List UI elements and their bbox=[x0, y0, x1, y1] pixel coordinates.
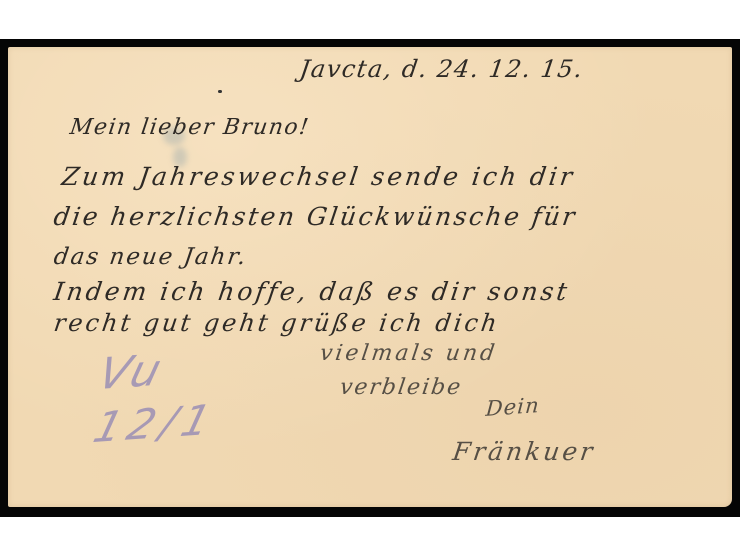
place-date-line: Javcta, d. 24. 12. 15. bbox=[298, 55, 585, 83]
body-line-1: Zum Jahreswechsel sende ich dir bbox=[60, 162, 577, 191]
salutation: Mein lieber Bruno! bbox=[68, 115, 311, 140]
closing-line-3: Dein bbox=[485, 393, 541, 421]
body-line-4: Indem ich hoffe, daß es dir sonst bbox=[52, 277, 572, 306]
body-line-2: die herzlichsten Glückwünsche für bbox=[52, 202, 579, 231]
body-line-3: das neue Jahr. bbox=[52, 244, 249, 270]
body-line-5: recht gut geht grüße ich dich bbox=[52, 309, 501, 337]
ink-dot bbox=[218, 90, 222, 93]
closing-line-2: verbleibe bbox=[338, 375, 464, 400]
postcard: Javcta, d. 24. 12. 15. Mein lieber Bruno… bbox=[8, 47, 732, 507]
violet-annotation-bottom: 12/1 bbox=[89, 395, 222, 452]
violet-annotation-top: Vu bbox=[93, 345, 168, 400]
signature: Fränkuer bbox=[451, 437, 597, 466]
closing-line-1: vielmals und bbox=[318, 341, 499, 366]
